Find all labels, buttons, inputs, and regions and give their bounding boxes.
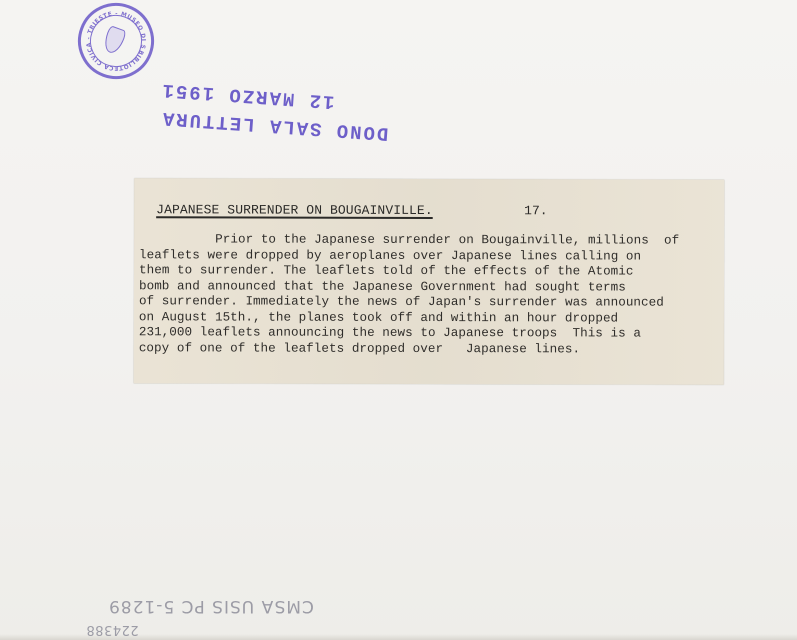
caption-line: Prior to the Japanese surrender on Bouga… xyxy=(139,232,719,249)
caption-line: bomb and announced that the Japanese Gov… xyxy=(139,279,719,296)
photo-back-sheet: BIBLIOTECA CIVICA - TRIESTE - MUSEO DI S… xyxy=(0,0,797,640)
caption-line: copy of one of the leaflets dropped over… xyxy=(139,341,719,358)
donation-stamp: DONO SALA LETTURA 12 MARZO 1951 xyxy=(138,65,392,146)
caption-body: Prior to the Japanese surrender on Bouga… xyxy=(139,232,719,358)
caption-title: JAPANESE SURRENDER ON BOUGAINVILLE. xyxy=(156,202,433,218)
caption-line: them to surrender. The leaflets told of … xyxy=(139,263,719,280)
caption-number: 17. xyxy=(524,203,547,218)
handwritten-catalog-ref: CMSA USIS PC 5-1289 xyxy=(108,596,314,616)
caption-clipping: JAPANESE SURRENDER ON BOUGAINVILLE. 17. … xyxy=(134,178,725,385)
clipping-header: JAPANESE SURRENDER ON BOUGAINVILLE. 17. xyxy=(156,202,716,223)
caption-line: leaflets were dropped by aeroplanes over… xyxy=(139,248,719,265)
stamp-donation-line: DONO SALA LETTURA xyxy=(160,107,389,145)
caption-line: on August 15th., the planes took off and… xyxy=(139,310,719,327)
caption-line: of surrender. Immediately the news of Ja… xyxy=(139,294,719,311)
caption-line: 231,000 leaflets announcing the news to … xyxy=(139,325,719,342)
handwritten-inventory-number: 224388 xyxy=(86,622,139,637)
